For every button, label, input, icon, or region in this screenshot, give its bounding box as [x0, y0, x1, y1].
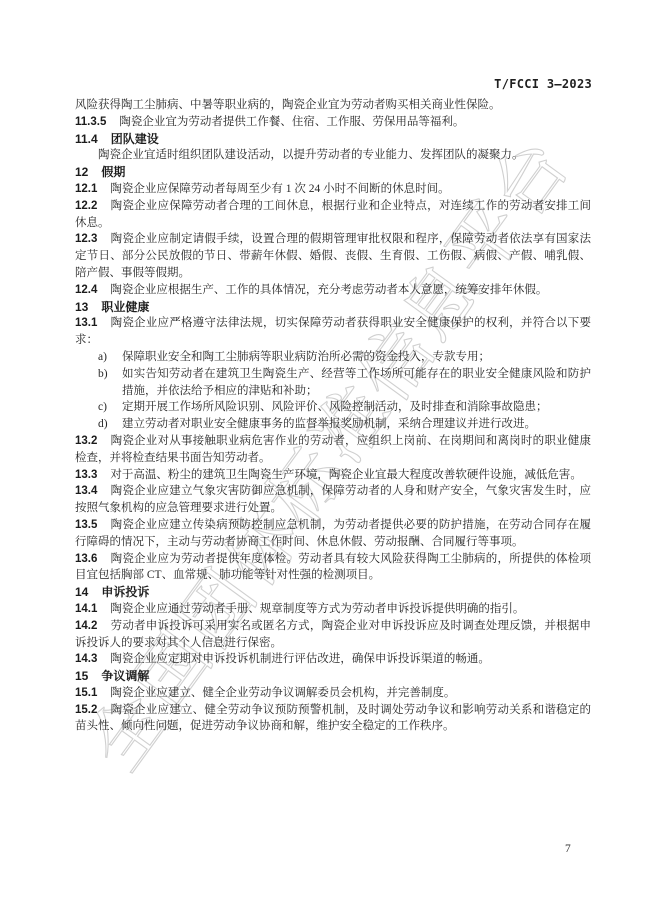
clause-text: 陶瓷企业应严格遵守法律法规，切实保障劳动者获得职业安全健康保护的权利，并符合以下… [75, 317, 591, 346]
heading-title: 假期 [101, 165, 125, 179]
clause-text: 陶瓷企业应通过劳动者手册、规章制度等方式为劳动者申诉投诉提供明确的指引。 [110, 603, 524, 615]
clause-12-2: 12.2陶瓷企业应保障劳动者合理的工间休息，根据行业和企业特点，对连续工作的劳动… [75, 198, 591, 232]
heading-title: 职业健康 [101, 300, 149, 314]
clause-13-6: 13.6陶瓷企业应为劳动者提供年度体检。劳动者具有较大风险获得陶工尘肺病的，所提… [75, 551, 591, 585]
clause-13-5: 13.5陶瓷企业应建立传染病预防控制应急机制，为劳动者提供必要的防护措施，在劳动… [75, 517, 591, 551]
clause-number: 13.4 [75, 485, 97, 497]
heading-number: 12 [75, 165, 88, 179]
clause-12-4: 12.4陶瓷企业应根据生产、工作的具体情况，充分考虑劳动者本人意愿，统筹安排年休… [75, 282, 591, 299]
clause-13-1: 13.1陶瓷企业应严格遵守法律法规，切实保障劳动者获得职业安全健康保护的权利，并… [75, 315, 591, 349]
clause-number: 13.3 [75, 469, 97, 481]
clause-13-4: 13.4陶瓷企业应建立气象灾害防御应急机制，保障劳动者的人身和财产安全，气象灾害… [75, 483, 591, 517]
clause-number: 12.4 [75, 284, 97, 296]
heading-14: 14申诉投诉 [75, 584, 591, 601]
clause-number: 14.2 [75, 620, 97, 632]
clause-number: 13.6 [75, 553, 97, 565]
heading-number: 13 [75, 300, 88, 314]
clause-text: 对于高温、粉尘的建筑卫生陶瓷生产环境，陶瓷企业宜最大程度改善软硬件设施，减低危害… [110, 469, 582, 481]
page-number: 7 [565, 843, 571, 855]
sub-item-text: 建立劳动者对职业安全健康事务的监督举报奖励机制，采纳合理建议并进行改进。 [122, 418, 536, 430]
clause-number: 13.2 [75, 435, 97, 447]
clause-text: 陶瓷企业应为劳动者提供年度体检。劳动者具有较大风险获得陶工尘肺病的，所提供的体检… [75, 553, 591, 582]
heading-number: 14 [75, 585, 88, 599]
heading-number: 11.4 [75, 132, 98, 146]
clause-number: 13.5 [75, 519, 97, 531]
clause-text: 陶瓷企业应建立、健全劳动争议预防预警机制，及时调处劳动争议和影响劳动关系和谐稳定… [75, 704, 591, 733]
clause-text: 陶瓷企业应保障劳动者合理的工间休息，根据行业和企业特点，对连续工作的劳动者安排工… [75, 200, 591, 229]
heading-title: 申诉投诉 [101, 585, 149, 599]
clause-15-1: 15.1陶瓷企业应建立、健全企业劳动争议调解委员会机构，并完善制度。 [75, 685, 591, 702]
clause-number: 15.2 [75, 704, 97, 716]
document-content: 风险获得陶工尘肺病、中暑等职业病的，陶瓷企业宜为劳动者购买相关商业性保险。 11… [75, 97, 591, 735]
heading-title: 争议调解 [101, 669, 149, 683]
clause-number: 15.1 [75, 687, 97, 699]
clause-number: 12.1 [75, 183, 97, 195]
sub-item-b: b)如实告知劳动者在建筑卫生陶瓷生产、经营等工作场所可能存在的职业安全健康风险和… [75, 366, 591, 400]
sub-item-letter: c) [98, 399, 107, 416]
clause-text: 陶瓷企业应建立传染病预防控制应急机制，为劳动者提供必要的防护措施，在劳动合同存在… [75, 519, 591, 548]
clause-text: 陶瓷企业应保障劳动者每周至少有 1 次 24 小时不间断的休息时间。 [110, 183, 449, 195]
heading-12: 12假期 [75, 164, 591, 181]
clause-text: 陶瓷企业应制定请假手续，设置合理的假期管理审批权限和程序，保障劳动者依法享有国家… [75, 233, 591, 279]
sub-item-letter: b) [98, 366, 108, 383]
clause-15-2: 15.2陶瓷企业应建立、健全劳动争议预防预警机制，及时调处劳动争议和影响劳动关系… [75, 702, 591, 736]
clause-text: 陶瓷企业宜为劳动者提供工作餐、住宿、工作服、劳保用品等福利。 [119, 116, 464, 128]
sub-item-d: d)建立劳动者对职业安全健康事务的监督举报奖励机制，采纳合理建议并进行改进。 [75, 416, 591, 433]
sub-item-text: 如实告知劳动者在建筑卫生陶瓷生产、经营等工作场所可能存在的职业安全健康风险和防护… [122, 368, 591, 397]
sub-item-a: a)保障职业安全和陶工尘肺病等职业病防治所必需的资金投入，专款专用； [75, 349, 591, 366]
clause-number: 13.1 [75, 317, 97, 329]
heading-13: 13职业健康 [75, 299, 591, 316]
clause-number: 14.1 [75, 603, 97, 615]
clause-number: 12.3 [75, 233, 97, 245]
clause-14-2: 14.2劳动者申诉投诉可采用实名或匿名方式，陶瓷企业对申诉投诉应及时调查处理反馈… [75, 618, 591, 652]
clause-11-3-5: 11.3.5陶瓷企业宜为劳动者提供工作餐、住宿、工作服、劳保用品等福利。 [75, 114, 591, 131]
sub-item-letter: a) [98, 349, 107, 366]
sub-item-letter: d) [98, 416, 108, 433]
document-code: T/FCCI 3—2023 [494, 77, 592, 91]
clause-13-3: 13.3对于高温、粉尘的建筑卫生陶瓷生产环境，陶瓷企业宜最大程度改善软硬件设施，… [75, 467, 591, 484]
clause-number: 14.3 [75, 653, 97, 665]
clause-12-3: 12.3陶瓷企业应制定请假手续，设置合理的假期管理审批权限和程序，保障劳动者依法… [75, 231, 591, 281]
heading-11-4: 11.4团队建设 [75, 131, 591, 148]
sub-item-text: 定期开展工作场所风险识别、风险评价、风险控制活动，及时排查和消除事故隐患； [122, 401, 548, 413]
heading-title: 团队建设 [111, 132, 159, 146]
heading-number: 15 [75, 669, 88, 683]
paragraph-team-building: 陶瓷企业宜适时组织团队建设活动，以提升劳动者的专业能力、发挥团队的凝聚力。 [75, 147, 591, 164]
clause-number: 11.3.5 [75, 116, 106, 128]
document-page: 全国团体标准信息平台 T/FCCI 3—2023 风险获得陶工尘肺病、中暑等职业… [0, 0, 650, 919]
clause-number: 12.2 [75, 200, 97, 212]
clause-text: 劳动者申诉投诉可采用实名或匿名方式，陶瓷企业对申诉投诉应及时调查处理反馈，并根据… [75, 620, 591, 649]
clause-text: 陶瓷企业应根据生产、工作的具体情况，充分考虑劳动者本人意愿，统筹安排年休假。 [110, 284, 547, 296]
heading-15: 15争议调解 [75, 668, 591, 685]
clause-14-1: 14.1陶瓷企业应通过劳动者手册、规章制度等方式为劳动者申诉投诉提供明确的指引。 [75, 601, 591, 618]
paragraph-continuation: 风险获得陶工尘肺病、中暑等职业病的，陶瓷企业宜为劳动者购买相关商业性保险。 [75, 97, 591, 114]
sub-item-c: c)定期开展工作场所风险识别、风险评价、风险控制活动，及时排查和消除事故隐患； [75, 399, 591, 416]
clause-text: 陶瓷企业对从事接触职业病危害作业的劳动者，应组织上岗前、在岗期间和离岗时的职业健… [75, 435, 591, 464]
clause-text: 陶瓷企业应定期对申诉投诉机制进行评估改进，确保申诉投诉渠道的畅通。 [110, 653, 490, 665]
clause-text: 陶瓷企业应建立气象灾害防御应急机制，保障劳动者的人身和财产安全，气象灾害发生时，… [75, 485, 591, 514]
sub-item-text: 保障职业安全和陶工尘肺病等职业病防治所必需的资金投入，专款专用； [122, 351, 490, 363]
clause-text: 陶瓷企业应建立、健全企业劳动争议调解委员会机构，并完善制度。 [110, 687, 455, 699]
clause-14-3: 14.3陶瓷企业应定期对申诉投诉机制进行评估改进，确保申诉投诉渠道的畅通。 [75, 651, 591, 668]
clause-13-2: 13.2陶瓷企业对从事接触职业病危害作业的劳动者，应组织上岗前、在岗期间和离岗时… [75, 433, 591, 467]
clause-12-1: 12.1陶瓷企业应保障劳动者每周至少有 1 次 24 小时不间断的休息时间。 [75, 181, 591, 198]
